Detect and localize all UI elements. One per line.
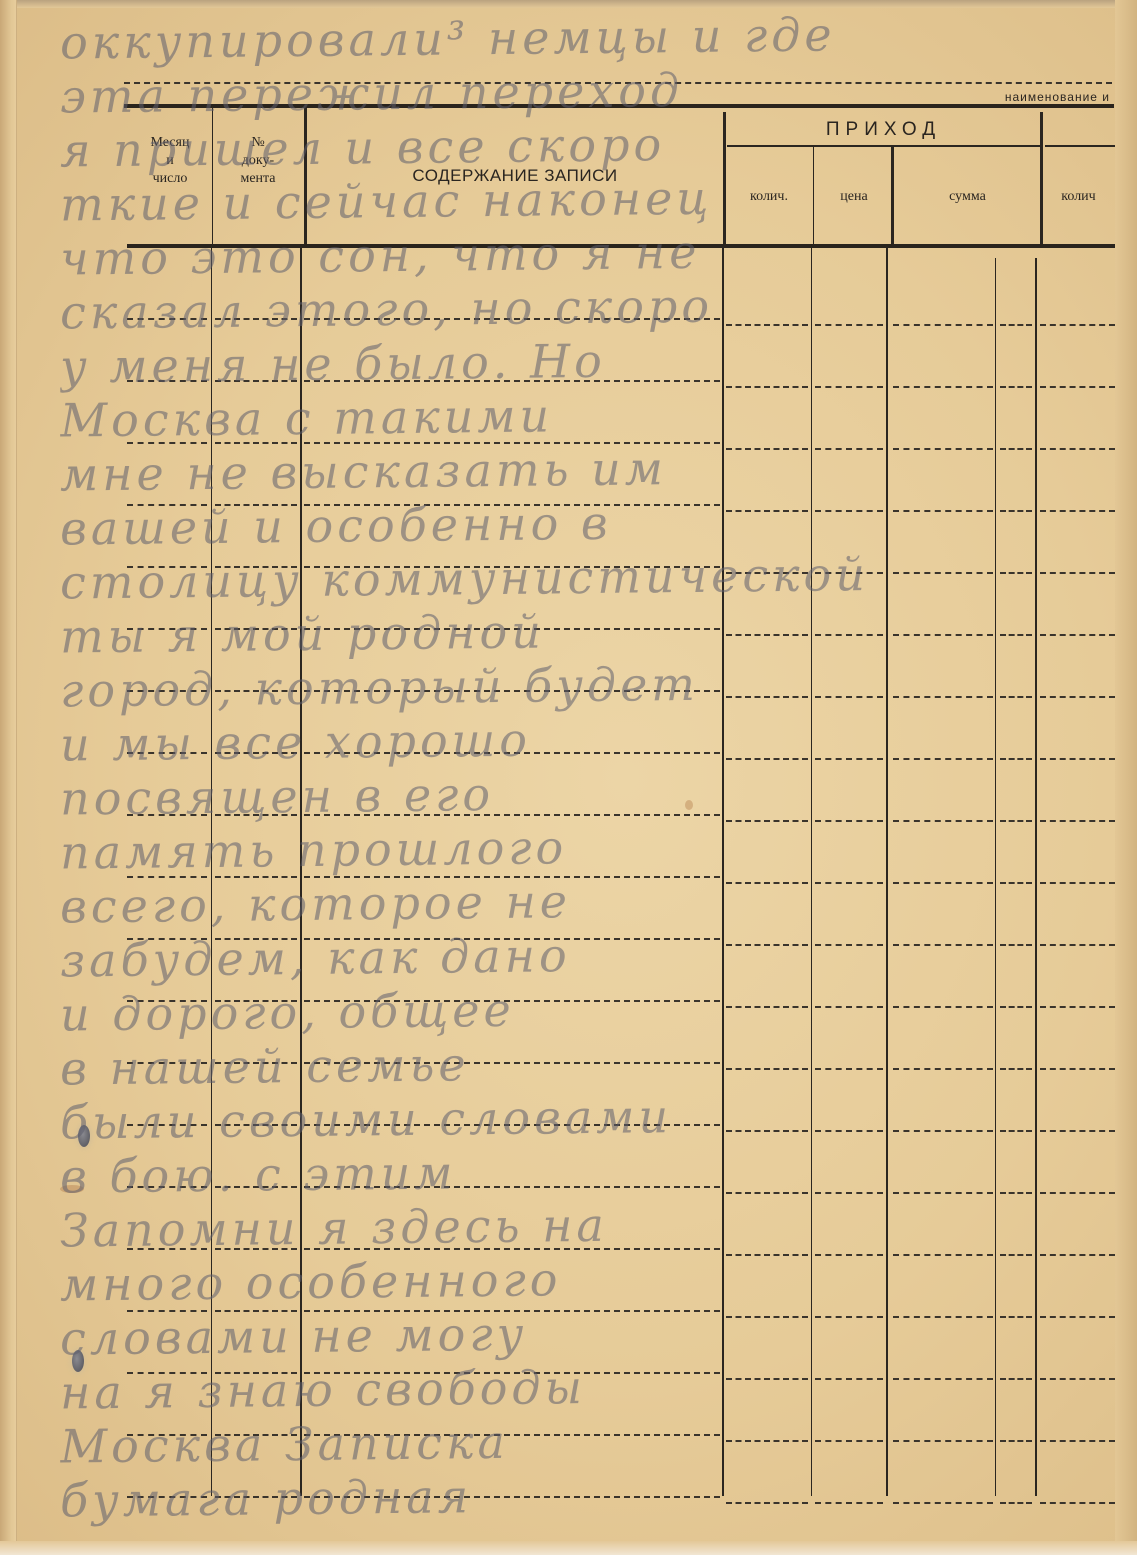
- paper-bottom-edge: [0, 1541, 1137, 1555]
- binding-edge: [0, 0, 17, 1555]
- ledger-page: наименование и Месяц и число № доку- мен…: [0, 0, 1137, 1555]
- handwritten-line: бумага родная: [60, 1462, 1121, 1527]
